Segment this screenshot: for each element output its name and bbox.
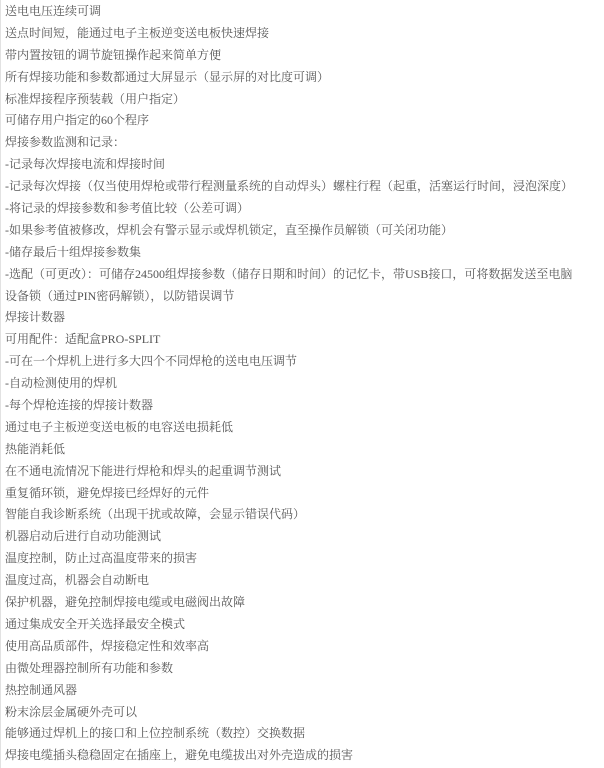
text-line: 焊接电缆插头稳稳固定在插座上，避免电缆拔出对外壳造成的损害 xyxy=(5,745,604,767)
text-line: 智能自我诊断系统（出现干扰或故障，会显示错误代码） xyxy=(5,504,604,526)
feature-document: 送电电压连续可调送点时间短，能通过电子主板逆变送电板快速焊接带内置按钮的调节旋钮… xyxy=(0,0,604,768)
text-line: -储存最后十组焊接参数集 xyxy=(5,242,604,264)
text-line: 通过集成安全开关选择最安全模式 xyxy=(5,614,604,636)
text-line: -每个焊枪连接的焊接计数器 xyxy=(5,395,604,417)
text-line: 能够通过焊机上的接口和上位控制系统（数控）交换数据 xyxy=(5,723,604,745)
text-line: 设备锁（通过PIN密码解锁），以防错误调节 xyxy=(5,286,604,308)
text-line: 送点时间短，能通过电子主板逆变送电板快速焊接 xyxy=(5,23,604,45)
text-line: -记录每次焊接电流和焊接时间 xyxy=(5,154,604,176)
text-line: 重复循环锁，避免焊接已经焊好的元件 xyxy=(5,483,604,505)
text-line: 使用高品质部件，焊接稳定性和效率高 xyxy=(5,636,604,658)
text-line: 在不通电流情况下能进行焊枪和焊头的起重调节测试 xyxy=(5,461,604,483)
text-line: 可储存用户指定的60个程序 xyxy=(5,110,604,132)
text-line: 通过电子主板逆变送电板的电容送电损耗低 xyxy=(5,417,604,439)
text-line: 粉末涂层金属硬外壳可以 xyxy=(5,702,604,724)
text-line: 送电电压连续可调 xyxy=(5,1,604,23)
feature-line-list: 送电电压连续可调送点时间短，能通过电子主板逆变送电板快速焊接带内置按钮的调节旋钮… xyxy=(1,1,604,767)
text-line: 可用配件：适配盒PRO-SPLIT xyxy=(5,329,604,351)
text-line: 温度控制，防止过高温度带来的损害 xyxy=(5,548,604,570)
text-line: 热控制通风器 xyxy=(5,680,604,702)
text-line: -自动检测使用的焊机 xyxy=(5,373,604,395)
text-line: 热能消耗低 xyxy=(5,439,604,461)
text-line: 所有焊接功能和参数都通过大屏显示（显示屏的对比度可调） xyxy=(5,67,604,89)
text-line: 由微处理器控制所有功能和参数 xyxy=(5,658,604,680)
text-line: 标准焊接程序预装载（用户指定） xyxy=(5,89,604,111)
text-line: 焊接参数监测和记录： xyxy=(5,132,604,154)
text-line: -选配（可更改）：可储存24500组焊接参数（储存日期和时间）的记忆卡，带USB… xyxy=(5,264,604,286)
text-line: -可在一个焊机上进行多大四个不同焊枪的送电电压调节 xyxy=(5,351,604,373)
text-line: 带内置按钮的调节旋钮操作起来简单方便 xyxy=(5,45,604,67)
text-line: -记录每次焊接（仅当使用焊枪或带行程测量系统的自动焊头）螺柱行程（起重，活塞运行… xyxy=(5,176,604,198)
text-line: -如果参考值被修改，焊机会有警示显示或焊机锁定，直至操作员解锁（可关闭功能） xyxy=(5,220,604,242)
text-line: -将记录的焊接参数和参考值比较（公差可调） xyxy=(5,198,604,220)
text-line: 机器启动后进行自动功能测试 xyxy=(5,526,604,548)
text-line: 温度过高，机器会自动断电 xyxy=(5,570,604,592)
text-line: 焊接计数器 xyxy=(5,307,604,329)
text-line: 保护机器，避免控制焊接电缆或电磁阀出故障 xyxy=(5,592,604,614)
